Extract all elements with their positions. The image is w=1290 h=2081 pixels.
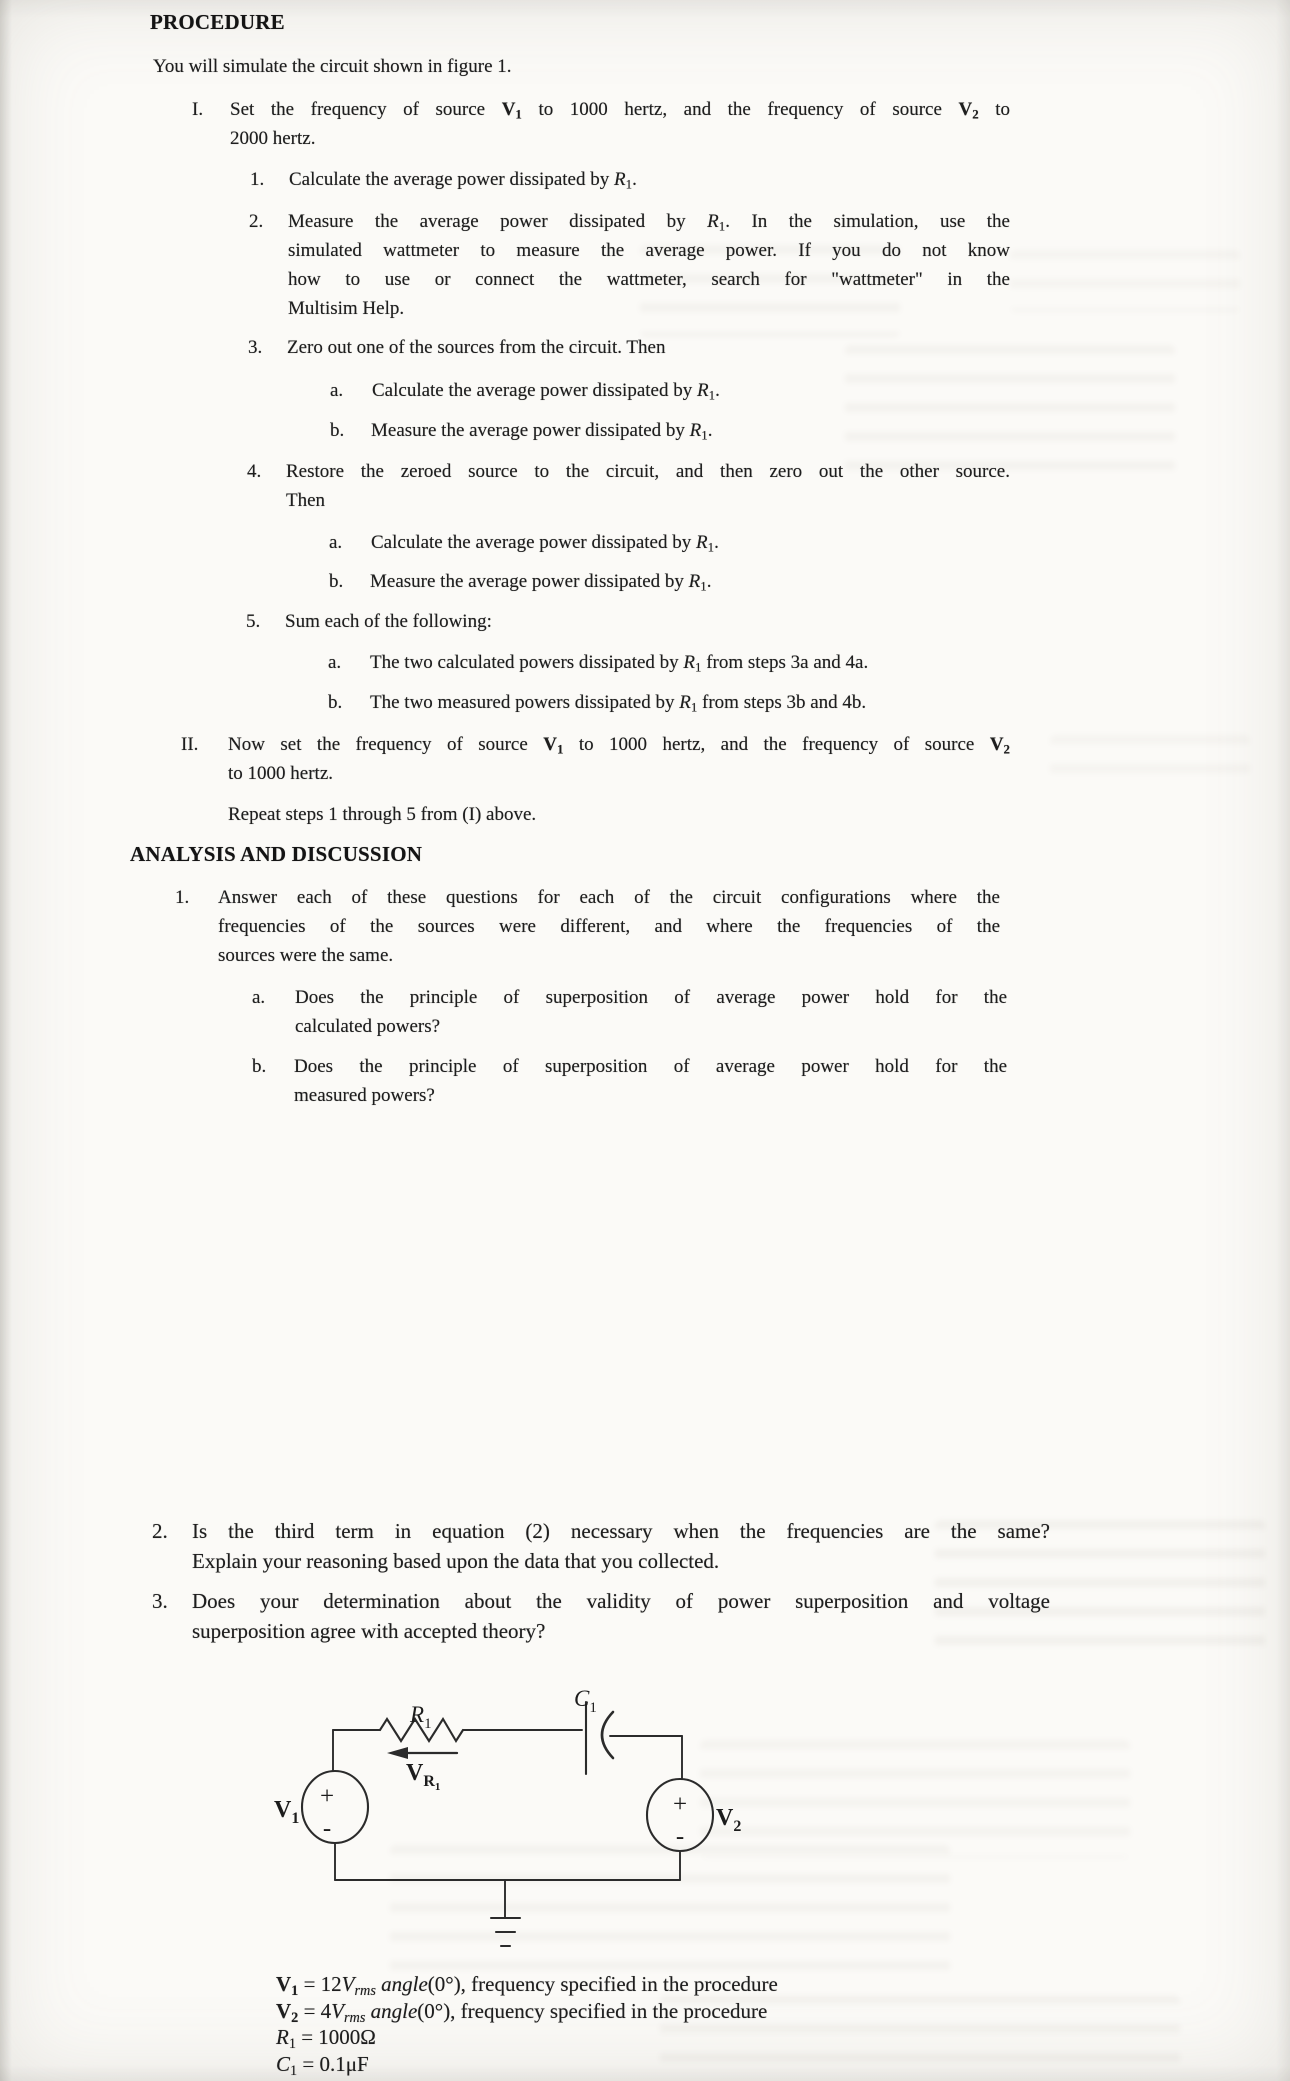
- item-A3: 3.Does your determination about the vali…: [152, 1586, 1050, 1646]
- item-I-5: 5.Sum each of the following:: [246, 607, 1010, 636]
- equation-line-3: R1 = 1000Ω: [276, 2024, 778, 2051]
- item-I-5a: a.The two calculated powers dissipated b…: [328, 648, 1010, 677]
- item-I-5a-line-1: The two calculated powers dissipated by …: [370, 648, 1010, 677]
- item-A3-marker: 3.: [152, 1586, 168, 1616]
- item-I-4a: a.Calculate the average power dissipated…: [329, 528, 1010, 557]
- item-II-repeat-line-1: Repeat steps 1 through 5 from (I) above.: [228, 800, 1010, 829]
- item-I-5-marker: 5.: [246, 607, 260, 636]
- item-I-1: 1.Calculate the average power dissipated…: [250, 165, 1010, 194]
- item-I-line-1: Set the frequency of source V1 to 1000 h…: [230, 95, 1010, 124]
- item-I-line-2: 2000 hertz.: [230, 124, 1010, 153]
- item-I-marker: I.: [192, 95, 203, 124]
- item-I-3b-line-1: Measure the average power dissipated by …: [371, 416, 1010, 445]
- item-A1a-line-2: calculated powers?: [295, 1012, 1007, 1041]
- item-I-3a: a.Calculate the average power dissipated…: [330, 376, 1010, 405]
- item-I-3-line-1: Zero out one of the sources from the cir…: [287, 333, 1010, 362]
- item-I-4a-line-1: Calculate the average power dissipated b…: [371, 528, 1010, 557]
- item-I: I.Set the frequency of source V1 to 1000…: [192, 95, 1010, 153]
- item-I-3b-marker: b.: [330, 416, 344, 445]
- item-I-4-line-2: Then: [286, 486, 1010, 515]
- item-I-4: 4.Restore the zeroed source to the circu…: [247, 457, 1010, 515]
- item-A3-line-1: Does your determination about the validi…: [192, 1586, 1050, 1616]
- item-I-2-line-2: simulated wattmeter to measure the avera…: [288, 236, 1010, 265]
- item-A1b-line-2: measured powers?: [294, 1081, 1007, 1110]
- item-I-1-line-1: Calculate the average power dissipated b…: [289, 165, 1010, 194]
- item-A1a-line-1: Does the principle of superposition of a…: [295, 983, 1007, 1012]
- item-I-4b-line-1: Measure the average power dissipated by …: [370, 567, 1010, 596]
- item-I-5a-marker: a.: [328, 648, 341, 677]
- item-I-1-marker: 1.: [250, 165, 264, 194]
- item-A1b-line-1: Does the principle of superposition of a…: [294, 1052, 1007, 1081]
- figure-1-circuit-diagram: R1 C1 VR1 + - V1 + - V2: [230, 1660, 790, 2000]
- source-V2: + -: [647, 1779, 713, 1851]
- item-I-2-line-4: Multisim Help.: [288, 294, 1010, 323]
- item-A1b-marker: b.: [252, 1052, 266, 1081]
- item-II: II.Now set the frequency of source V1 to…: [181, 730, 1010, 788]
- item-I-2: 2.Measure the average power dissipated b…: [249, 207, 1010, 323]
- item-I-5-line-1: Sum each of the following:: [285, 607, 1010, 636]
- minus-sign: -: [676, 1823, 684, 1850]
- source-V1: + -: [302, 1771, 368, 1843]
- item-I-4a-marker: a.: [329, 528, 342, 557]
- intro: You will simulate the circuit shown in f…: [153, 52, 913, 81]
- item-I-4b: b.Measure the average power dissipated b…: [329, 567, 1010, 596]
- item-A1-line-3: sources were the same.: [218, 941, 1000, 970]
- scanned-document-page: PROCEDUREYou will simulate the circuit s…: [0, 0, 1290, 2081]
- equation-line-2: V2 = 4Vrms angle(0°), frequency specifie…: [276, 1998, 778, 2025]
- component-values: V1 = 12Vrms angle(0°), frequency specifi…: [276, 1971, 778, 2077]
- item-I-4-marker: 4.: [247, 457, 261, 486]
- item-I-2-line-3: how to use or connect the wattmeter, sea…: [288, 265, 1010, 294]
- item-A1a: a.Does the principle of superposition of…: [252, 983, 1007, 1041]
- procedure-heading: PROCEDURE: [150, 9, 285, 36]
- item-I-2-marker: 2.: [249, 207, 263, 236]
- item-I-3a-marker: a.: [330, 376, 343, 405]
- item-I-5b-marker: b.: [328, 688, 342, 717]
- label-VR1: VR1: [406, 1760, 440, 1793]
- item-A2-line-2: Explain your reasoning based upon the da…: [192, 1546, 1050, 1576]
- item-II-marker: II.: [181, 730, 198, 759]
- equation-line-4: C1 = 0.1μF: [276, 2051, 778, 2078]
- item-II-line-1: Now set the frequency of source V1 to 10…: [228, 730, 1010, 759]
- label-V1: V1: [274, 1797, 299, 1827]
- item-A1-line-1: Answer each of these questions for each …: [218, 883, 1000, 912]
- item-A1a-marker: a.: [252, 983, 265, 1012]
- intro-line-1: You will simulate the circuit shown in f…: [153, 52, 913, 81]
- item-I-3a-line-1: Calculate the average power dissipated b…: [372, 376, 1010, 405]
- item-A1b: b.Does the principle of superposition of…: [252, 1052, 1007, 1110]
- label-V2: V2: [716, 1805, 741, 1835]
- item-I-5b-line-1: The two measured powers dissipated by R1…: [370, 688, 1010, 717]
- item-I-3b: b.Measure the average power dissipated b…: [330, 416, 1010, 445]
- item-A2-marker: 2.: [152, 1516, 168, 1546]
- item-A3-line-2: superposition agree with accepted theory…: [192, 1616, 1050, 1646]
- item-II-repeat: Repeat steps 1 through 5 from (I) above.: [228, 800, 1010, 829]
- plus-sign: +: [320, 1783, 334, 1810]
- equation-line-1: V1 = 12Vrms angle(0°), frequency specifi…: [276, 1971, 778, 1998]
- plus-sign: +: [673, 1791, 687, 1818]
- item-I-2-line-1: Measure the average power dissipated by …: [288, 207, 1010, 236]
- minus-sign: -: [323, 1815, 331, 1842]
- analysis-heading: ANALYSIS AND DISCUSSION: [130, 841, 422, 868]
- item-I-4b-marker: b.: [329, 567, 343, 596]
- item-I-3: 3.Zero out one of the sources from the c…: [248, 333, 1010, 362]
- item-I-5b: b.The two measured powers dissipated by …: [328, 688, 1010, 717]
- item-I-3-marker: 3.: [248, 333, 262, 362]
- item-A1: 1.Answer each of these questions for eac…: [175, 883, 1000, 970]
- circuit-wires: [333, 1730, 682, 1880]
- item-I-4-line-1: Restore the zeroed source to the circuit…: [286, 457, 1010, 486]
- item-A2-line-1: Is the third term in equation (2) necess…: [192, 1516, 1050, 1546]
- item-A2: 2.Is the third term in equation (2) nece…: [152, 1516, 1050, 1576]
- item-II-line-2: to 1000 hertz.: [228, 759, 1010, 788]
- item-A1-marker: 1.: [175, 883, 189, 912]
- item-A1-line-2: frequencies of the sources were differen…: [218, 912, 1000, 941]
- ground-symbol: [491, 1880, 520, 1946]
- voltage-arrow-VR1: [387, 1747, 457, 1759]
